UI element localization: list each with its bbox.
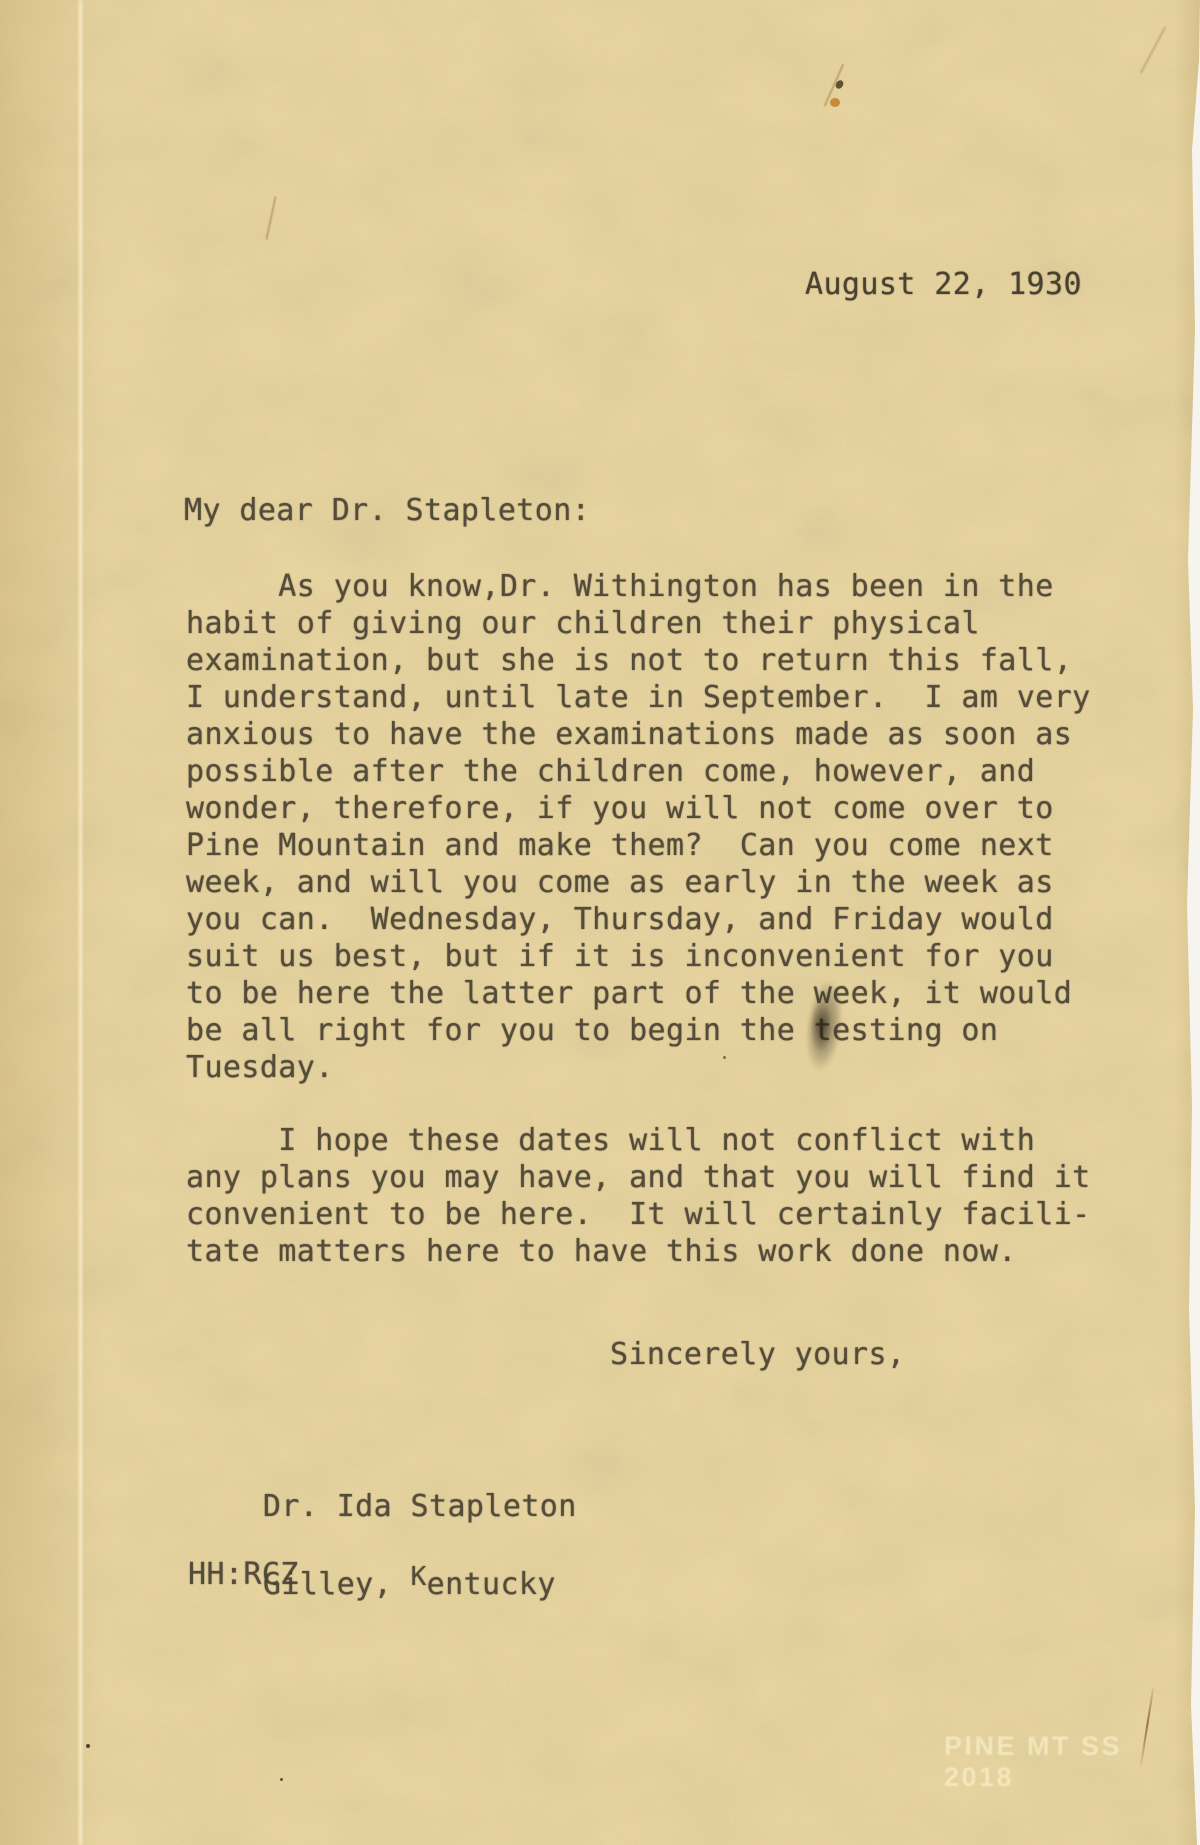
recipient-block: Dr. Ida Stapleton Gilley, Kentucky — [189, 1448, 577, 1645]
salutation: My dear Dr. Stapleton: — [184, 492, 590, 529]
paper-speck — [280, 1778, 283, 1781]
paper-speck — [830, 98, 840, 107]
body-paragraph-1: As you know,Dr. Withington has been in t… — [186, 568, 1091, 1086]
raised-letter: K — [411, 1562, 427, 1592]
closing: Sincerely yours, — [610, 1336, 905, 1373]
body-paragraph-2: I hope these dates will not conflict wit… — [186, 1122, 1091, 1270]
paper-speck — [86, 1744, 90, 1748]
corner-crease — [1140, 27, 1166, 74]
recipient-city: Gilley, Kentucky — [263, 1567, 556, 1602]
archive-watermark: PINE MT SS 2018 — [944, 1731, 1200, 1793]
recipient-name: Dr. Ida Stapleton — [263, 1489, 577, 1524]
scanned-letter-page: { "letter": { "date": "August 22, 1930",… — [0, 0, 1200, 1845]
fold-crease — [79, 0, 82, 1845]
date-line: August 22, 1930 — [805, 266, 1082, 303]
ink-smudge-core — [810, 1000, 832, 1052]
paper-fiber — [265, 196, 276, 239]
left-edge-shading — [0, 0, 110, 1845]
letter-paper: August 22, 1930 My dear Dr. Stapleton: A… — [0, 0, 1200, 1845]
typist-initials: HH:RCZ — [188, 1556, 299, 1593]
paper-speck — [723, 1056, 726, 1059]
right-edge-shading — [1174, 0, 1200, 1845]
